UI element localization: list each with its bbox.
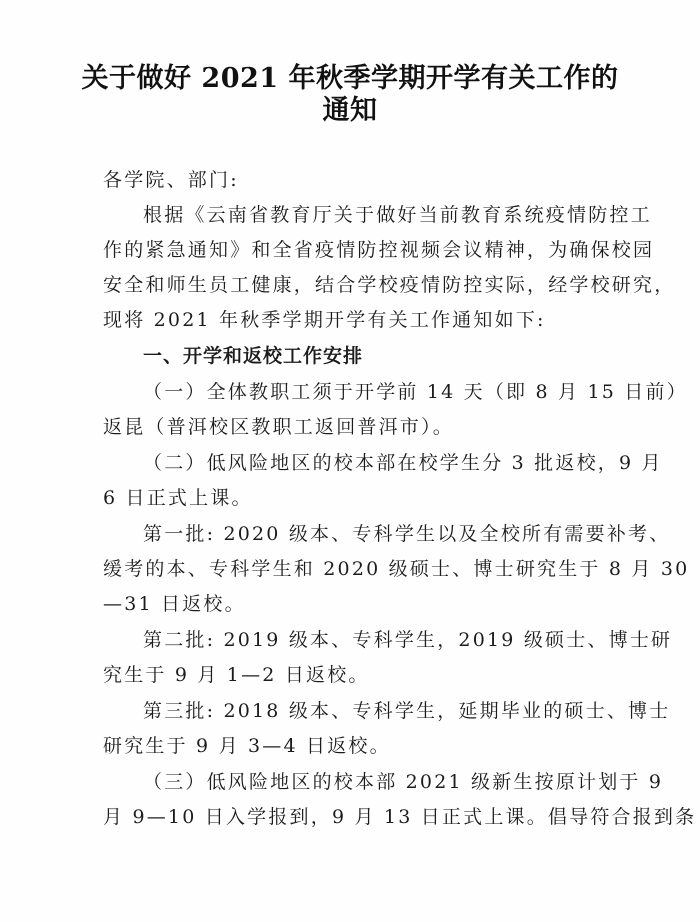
document-title-line-2: 通知: [0, 88, 700, 127]
batch-1-line: 第一批: 2020 级本、专科学生以及全校所有需要补考、: [143, 521, 597, 547]
batch-2-line: 究生于 9 月 1—2 日返校。: [103, 662, 597, 688]
item-2-line: （二）低风险地区的校本部在校学生分 3 批返校，9 月: [143, 450, 597, 476]
body-line: 现将 2021 年秋季学期开学有关工作通知如下:: [103, 307, 597, 333]
salutation: 各学院、部门:: [103, 167, 597, 193]
body-line: 安全和师生员工健康，结合学校疫情防控实际，经学校研究，: [103, 272, 597, 298]
batch-3-line: 研究生于 9 月 3—4 日返校。: [103, 733, 597, 759]
batch-1-line: 缓考的本、专科学生和 2020 级硕士、博士研究生于 8 月 30: [103, 556, 597, 582]
item-3-line: 月 9—10 日入学报到，9 月 13 日正式上课。倡导符合报到条: [103, 804, 597, 830]
body-line: 根据《云南省教育厅关于做好当前教育系统疫情防控工: [143, 202, 597, 228]
body-line: 作的紧急通知》和全省疫情防控视频会议精神，为确保校园: [103, 237, 597, 263]
batch-2-line: 第二批: 2019 级本、专科学生，2019 级硕士、博士研: [143, 627, 597, 653]
batch-1-line: —31 日返校。: [103, 591, 597, 617]
item-1-line: （一）全体教职工须于开学前 14 天（即 8 月 15 日前）: [143, 379, 597, 405]
section-heading: 一、开学和返校工作安排: [143, 343, 597, 369]
item-2-line: 6 日正式上课。: [103, 485, 597, 511]
item-1-line: 返昆（普洱校区教职工返回普洱市）。: [103, 414, 597, 440]
document-page: 关于做好 2021 年秋季学期开学有关工作的 通知 各学院、部门: 根据《云南省…: [0, 0, 700, 922]
item-3-line: （三）低风险地区的校本部 2021 级新生按原计划于 9: [143, 769, 597, 795]
batch-3-line: 第三批: 2018 级本、专科学生，延期毕业的硕士、博士: [143, 698, 597, 724]
